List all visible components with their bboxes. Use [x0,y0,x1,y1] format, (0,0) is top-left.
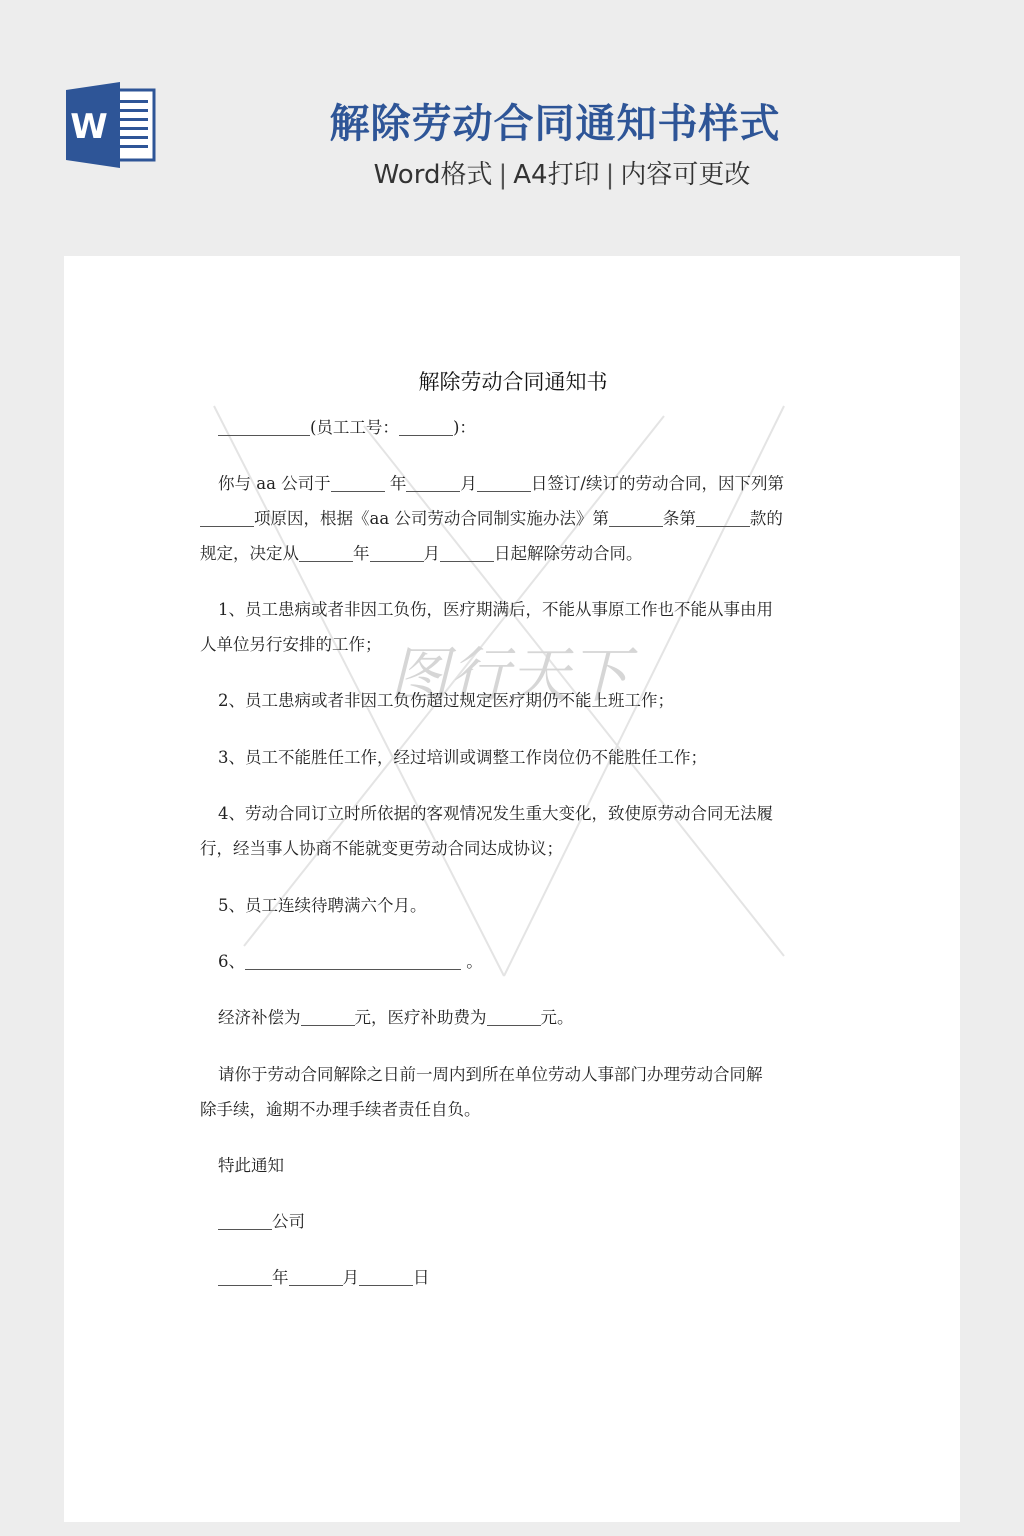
closing-text: 特此通知 [200,1155,284,1177]
signature-date-line: 年月日 [200,1267,430,1289]
subtitle-separator: | [600,160,621,190]
clause-blank[interactable] [696,511,750,527]
employee-name-blank[interactable] [218,420,310,436]
reason-item-2: 2、员工患病或者非因工负伤超过规定医疗期仍不能上班工作； [200,690,674,712]
company-signature-line: 公司 [200,1211,305,1233]
reason-item-5: 5、员工连续待聘满六个月。 [200,895,427,917]
promo-header: W 解除劳动合同通知书样式 Word格式|A4打印|内容可更改 [0,0,1024,256]
watermark: 图行天下 [64,256,960,1522]
reason-number-blank[interactable] [200,511,254,527]
end-month-blank[interactable] [370,546,424,562]
date-year-blank[interactable] [218,1270,272,1286]
subtitle-separator: | [492,160,513,190]
salutation-line: (员工工号：)： [200,417,476,439]
sign-month-blank[interactable] [406,476,460,492]
document-page: 图行天下 解除劳动合同通知书 (员工工号：)： 你与 aa 公司于 年月日签订/… [64,256,960,1522]
end-day-blank[interactable] [440,546,494,562]
article-blank[interactable] [609,511,663,527]
intro-line-1: 你与 aa 公司于 年月日签订/续订的劳动合同，因下列第 [200,473,784,495]
date-month-blank[interactable] [289,1270,343,1286]
subtitle-print: A4打印 [513,160,599,190]
reason-item-4: 4、劳动合同订立时所依据的客观情况发生重大变化，致使原劳动合同无法履 [200,803,773,825]
compensation-line: 经济补偿为元，医疗补助费为元。 [200,1007,574,1029]
reason-item-1-cont: 人单位另行安排的工作； [200,634,382,656]
subtitle-editable: 内容可更改 [620,160,750,190]
reason-item-6: 6、 。 [200,951,483,973]
document-title: 解除劳动合同通知书 [200,366,826,396]
intro-line-3: 规定，决定从年月日起解除劳动合同。 [200,543,643,565]
promo-subtitle: Word格式|A4打印|内容可更改 [0,154,1024,191]
date-day-blank[interactable] [359,1270,413,1286]
economic-compensation-blank[interactable] [301,1010,355,1026]
medical-subsidy-blank[interactable] [487,1010,541,1026]
reason-item-3: 3、员工不能胜任工作，经过培训或调整工作岗位仍不能胜任工作； [200,747,707,769]
end-year-blank[interactable] [299,546,353,562]
other-reason-blank[interactable] [245,954,461,970]
promo-title: 解除劳动合同通知书样式 [0,92,1024,149]
reason-item-4-cont: 行，经当事人协商不能就变更劳动合同达成协议； [200,838,563,860]
request-line-1: 请你于劳动合同解除之日前一周内到所在单位劳动人事部门办理劳动合同解 [200,1064,763,1086]
sign-year-blank[interactable] [331,476,385,492]
reason-item-1: 1、员工患病或者非因工负伤，医疗期满后，不能从事原工作也不能从事由用 [200,599,773,621]
employee-id-blank[interactable] [399,420,453,436]
intro-line-2: 项原因，根据《aa 公司劳动合同制实施办法》第条第款的 [200,508,783,530]
request-line-2: 除手续，逾期不办理手续者责任自负。 [200,1099,481,1121]
sign-day-blank[interactable] [477,476,531,492]
company-name-blank[interactable] [218,1214,272,1230]
subtitle-format: Word格式 [374,160,493,190]
